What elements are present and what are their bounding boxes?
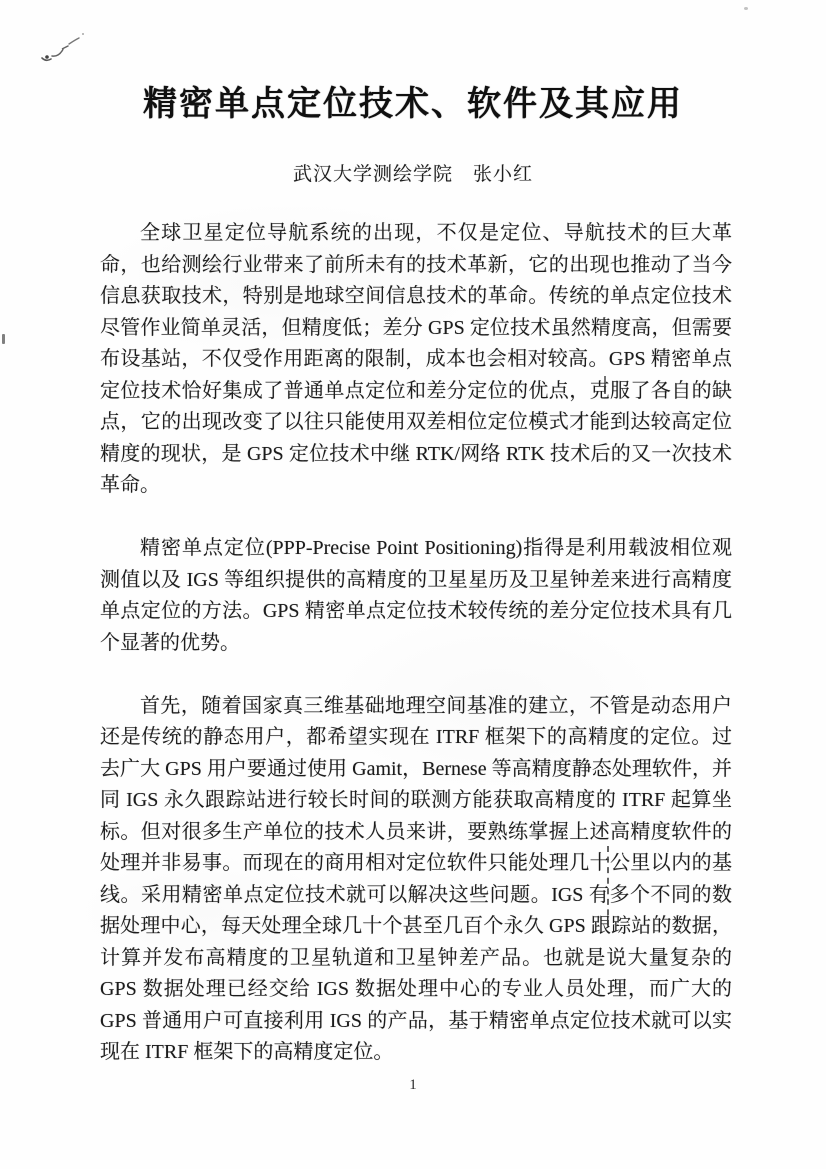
- scanned-document-page: 精密单点定位技术、软件及其应用 武汉大学测绘学院 张小红 全球卫星定位导航系统的…: [0, 0, 826, 1169]
- paragraph-first-advantage: 首先，随着国家真三维基础地理空间基准的建立，不管是动态用户还是传统的静态用户，都…: [100, 691, 732, 1069]
- scan-speck-left-edge: [2, 334, 5, 344]
- paragraph-ppp-definition: 精密单点定位(PPP-Precise Point Positioning)指得是…: [100, 533, 732, 659]
- scan-crease-dotted-line: [607, 846, 609, 926]
- paragraph-intro: 全球卫星定位导航系统的出现，不仅是定位、导航技术的巨大革命，也给测绘行业带来了前…: [100, 218, 732, 502]
- handwritten-mark: [36, 28, 90, 68]
- scan-speck-top-right: [744, 7, 748, 10]
- document-title: 精密单点定位技术、软件及其应用: [0, 76, 826, 125]
- page-number: 1: [0, 1077, 826, 1094]
- document-body: 全球卫星定位导航系统的出现，不仅是定位、导航技术的巨大革命，也给测绘行业带来了前…: [100, 218, 732, 1069]
- scan-crease-tick: [604, 376, 606, 394]
- author-affiliation-line: 武汉大学测绘学院 张小红: [0, 159, 826, 186]
